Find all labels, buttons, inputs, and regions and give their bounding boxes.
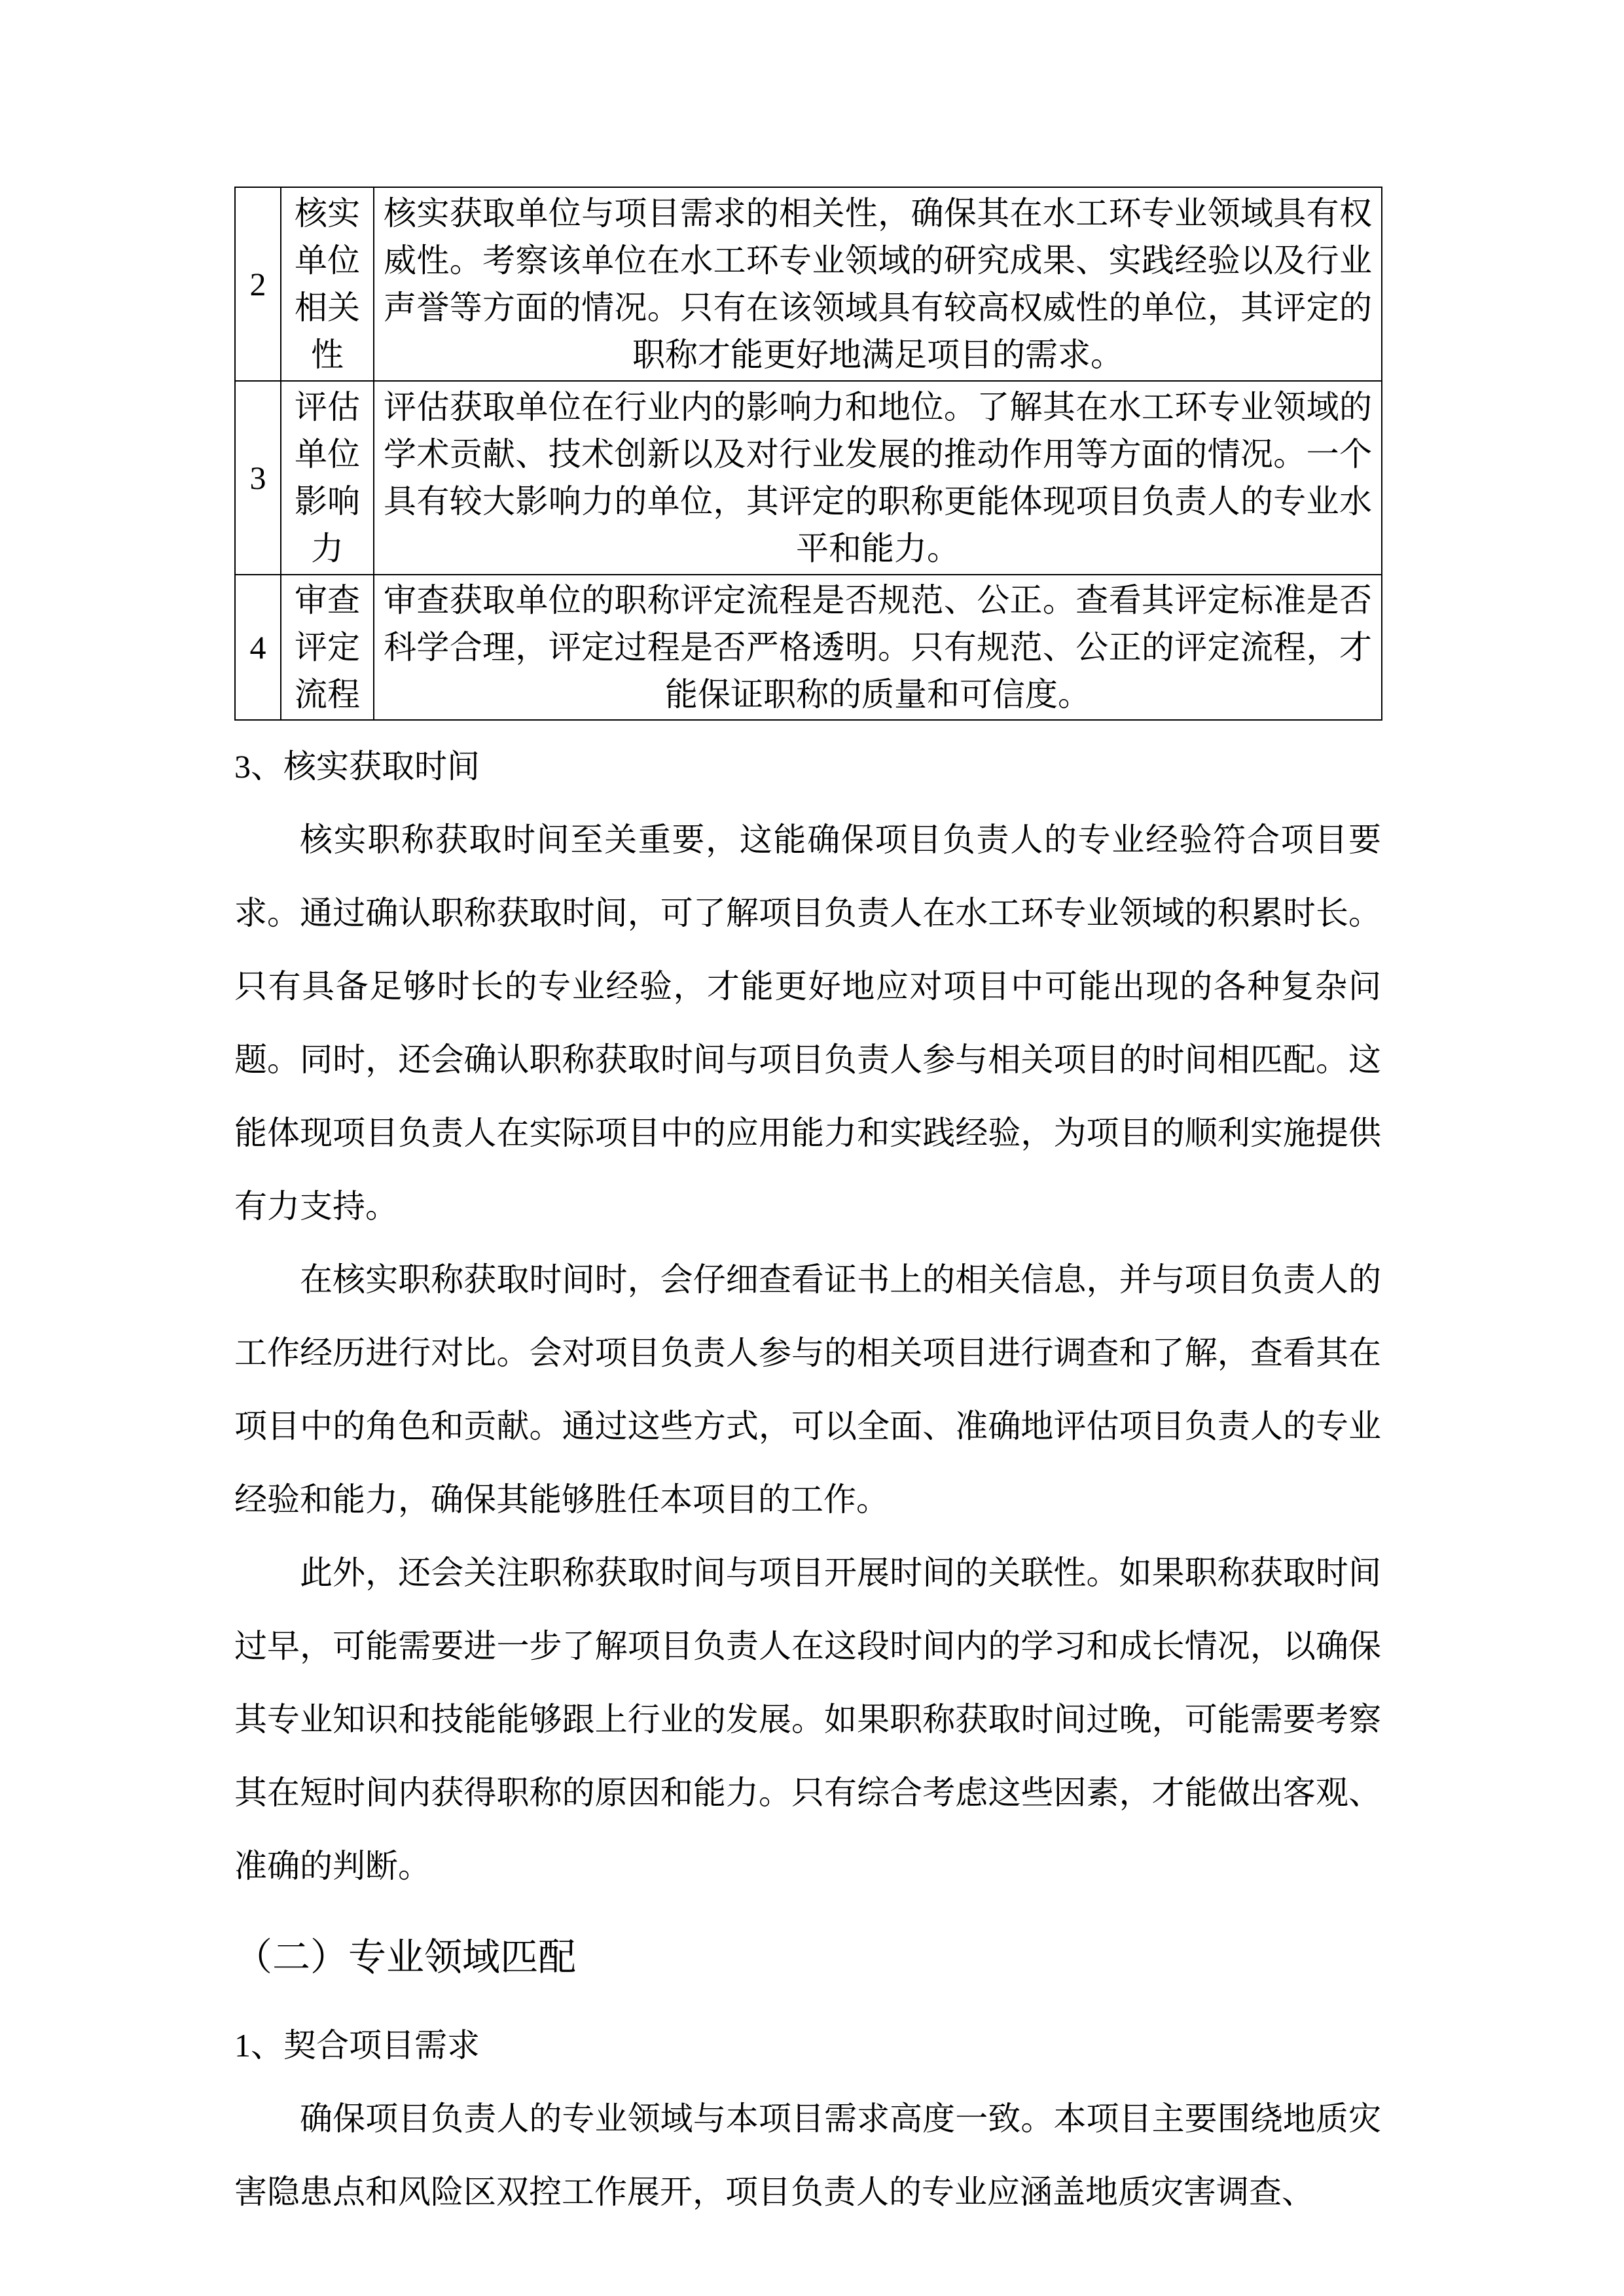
- paragraph: 确保项目负责人的专业领域与本项目需求高度一致。本项目主要围绕地质灾害隐患点和风险…: [234, 2082, 1381, 2229]
- paragraph: 核实职称获取时间至关重要，这能确保项目负责人的专业经验符合项目要求。通过确认职称…: [234, 803, 1381, 1243]
- row-description: 核实获取单位与项目需求的相关性，确保其在水工环专业领域具有权威性。考察该单位在水…: [374, 187, 1382, 381]
- row-number: 2: [235, 187, 281, 381]
- row-description: 审查获取单位的职称评定流程是否规范、公正。查看其评定标准是否科学合理，评定过程是…: [374, 575, 1382, 720]
- table-row: 3 评估单位影响力 评估获取单位在行业内的影响力和地位。了解其在水工环专业领域的…: [235, 381, 1382, 575]
- row-number: 3: [235, 381, 281, 575]
- heading-match-project-need: 1、契合项目需求: [234, 2009, 1381, 2082]
- document-page: 2 核实单位相关性 核实获取单位与项目需求的相关性，确保其在水工环专业领域具有权…: [0, 0, 1624, 2296]
- heading-section-two-professional-field-match: （二）专业领域匹配: [234, 1916, 1381, 2000]
- row-label: 核实单位相关性: [281, 187, 374, 381]
- paragraph: 此外，还会关注职称获取时间与项目开展时间的关联性。如果职称获取时间过早，可能需要…: [234, 1536, 1381, 1903]
- row-number: 4: [235, 575, 281, 720]
- row-description: 评估获取单位在行业内的影响力和地位。了解其在水工环专业领域的学术贡献、技术创新以…: [374, 381, 1382, 575]
- paragraph: 在核实职称获取时间时，会仔细查看证书上的相关信息，并与项目负责人的工作经历进行对…: [234, 1243, 1381, 1536]
- table-row: 4 审查评定流程 审查获取单位的职称评定流程是否规范、公正。查看其评定标准是否科…: [235, 575, 1382, 720]
- evaluation-table: 2 核实单位相关性 核实获取单位与项目需求的相关性，确保其在水工环专业领域具有权…: [234, 187, 1382, 721]
- document-content: 2 核实单位相关性 核实获取单位与项目需求的相关性，确保其在水工环专业领域具有权…: [234, 187, 1381, 2229]
- heading-verify-acquisition-time: 3、核实获取时间: [234, 730, 1381, 803]
- row-label: 审查评定流程: [281, 575, 374, 720]
- row-label: 评估单位影响力: [281, 381, 374, 575]
- table-row: 2 核实单位相关性 核实获取单位与项目需求的相关性，确保其在水工环专业领域具有权…: [235, 187, 1382, 381]
